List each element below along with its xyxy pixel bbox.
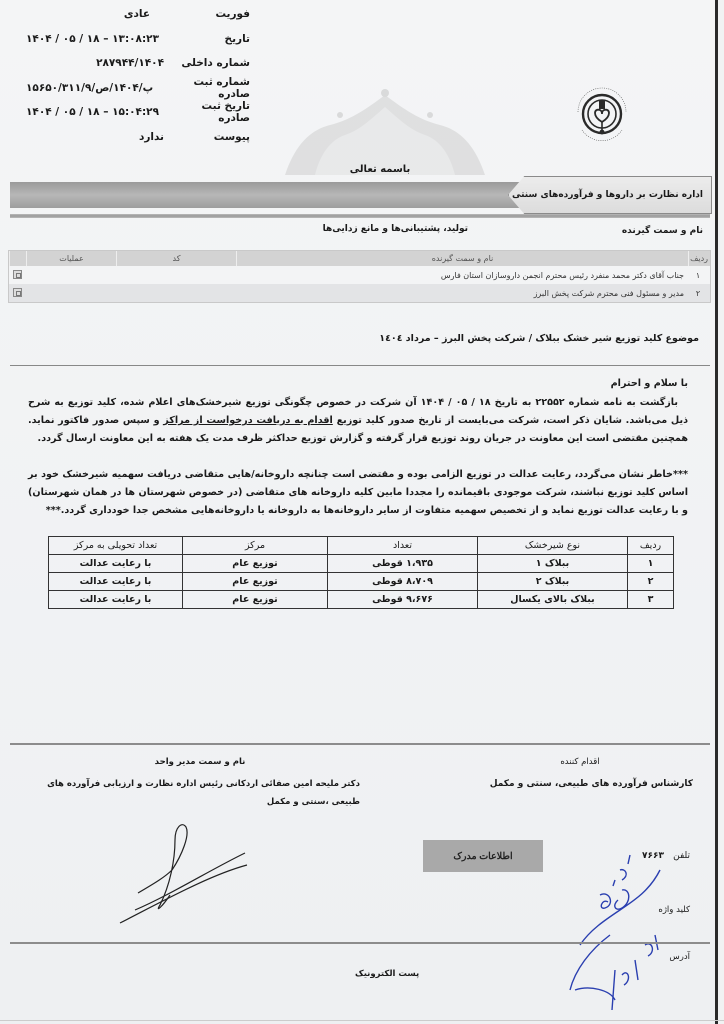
col-header-index: ردیف [688,251,710,266]
table-row: ۳ ببلاک بالای یکسال ۹،۶۷۶ قوطی توزیع عام… [49,591,674,609]
meta-label: فوریت [170,8,250,20]
col-header-center: مرکز [183,537,328,555]
recipients-table: ردیف نام و سمت گیرنده کد عملیات ۱ جناب آ… [8,250,711,303]
meta-label: تاریخ [170,33,250,45]
department-banner: اداره نظارت بر داروها و فرآورده‌های سنتی [508,176,712,214]
manager-value: دکتر ملیحه امین صفائی اردکانی رئیس اداره… [30,775,360,811]
col-header-operations: عملیات [26,251,116,266]
col-header-delivered: تعداد تحویلی به مرکز [49,537,183,555]
row-recipient-name: مدیر و مسئول فنی محترم شرکت پخش البرز [236,289,688,298]
subject-divider [10,365,710,366]
besmeh-heading: باسمه تعالی [330,164,430,175]
phone-field: تلفن ۷۶۶۳ [642,851,690,861]
actor-value: کارشناس فرآورده های طبیعی، سنتی و مکمل [490,779,693,789]
col-header-name: نام و سمت گیرنده [236,251,688,266]
table-row: ۲ مدیر و مسئول فنی محترم شرکت پخش البرز [9,284,710,302]
meta-date: تاریخ ۱۴۰۴ / ۰۵ / ۱۸ – ۱۳:۰۸:۲۳ [20,27,250,52]
body-paragraph-1: بازگشت به نامه شماره ۲۲۵۵۲ به تاریخ ۱۸ /… [28,394,688,448]
meta-label: شماره داخلی [170,57,250,69]
cell-delivered: با رعایت عدالت [49,573,183,591]
meta-value: ۱۴۰۴ / ۰۵ / ۱۸ – ۱۵:۰۴:۲۹ [20,106,170,118]
cell-count: ۸،۷۰۹ قوطی [328,573,478,591]
row-index: ۲ [688,289,710,298]
recipients-table-header: ردیف نام و سمت گیرنده کد عملیات [9,251,710,266]
meta-issued-date: تاریخ ثبت صادره ۱۴۰۴ / ۰۵ / ۱۸ – ۱۵:۰۴:۲… [20,100,250,125]
table-row: ۲ ببلاک ۲ ۸،۷۰۹ قوطی توزیع عام با رعایت … [49,573,674,591]
receiver-label: نام و سمت گیرنده [622,226,703,236]
cell-index: ۲ [628,573,674,591]
meta-label: تاریخ ثبت صادره [170,100,250,124]
meta-label: شماره ثبت صادره [170,76,250,100]
distribution-table: ردیف نوع شیرخشک تعداد مرکز تعداد تحویلی … [48,536,674,609]
row-index: ۱ [688,271,710,280]
col-header-index: ردیف [628,537,674,555]
meta-value: ندارد [20,131,170,143]
banner-divider [10,214,710,218]
letter-body: با سلام و احترام بازگشت به نامه شماره ۲۲… [28,375,688,520]
page-bottom-edge [0,1020,724,1021]
col-header-formula-type: نوع شیرخشک [478,537,628,555]
cell-index: ۱ [628,555,674,573]
cell-count: ۱،۹۳۵ قوطی [328,555,478,573]
col-header-count: تعداد [328,537,478,555]
cell-formula-type: ببلاک ۲ [478,573,628,591]
manager-label: نام و سمت مدیر واحد [130,757,270,767]
meta-value: عادی [20,8,170,20]
greeting: با سلام و احترام [28,375,688,393]
university-logo-icon [570,72,634,144]
row-recipient-name: جناب آقای دکتر محمد منفرد رئیس محترم انج… [236,271,688,280]
footer-divider [10,743,710,745]
document-info-button[interactable]: اطلاعات مدرک [423,840,543,872]
cell-center: توزیع عام [183,591,328,609]
keyword-label: کلید واژه [658,905,690,915]
letter-meta: فوریت عادی تاریخ ۱۴۰۴ / ۰۵ / ۱۸ – ۱۳:۰۸:… [20,2,250,149]
distribution-table-header: ردیف نوع شیرخشک تعداد مرکز تعداد تحویلی … [49,537,674,555]
row-action-cell [9,270,26,281]
meta-value: ۱۵۶۵۰/۳۱۱/۹/پ/۱۴۰۴/ص [20,82,170,94]
meta-attachment: پیوست ندارد [20,125,250,150]
cell-delivered: با رعایت عدالت [49,591,183,609]
cell-formula-type: ببلاک بالای یکسال [478,591,628,609]
body-paragraph-2: ***خاطر نشان می‌گردد، رعایت عدالت در توز… [28,466,688,520]
email-label: پست الکترونیک [355,969,419,979]
para1-underlined: اقدام به دریافت درخواست از مراکز [163,415,333,426]
row-action-icon[interactable] [13,288,22,297]
table-row: ۱ جناب آقای دکتر محمد منفرد رئیس محترم ا… [9,266,710,284]
meta-value: ۱۴۰۴ / ۰۵ / ۱۸ – ۱۳:۰۸:۲۳ [20,33,170,45]
handwritten-note-icon [560,850,680,1020]
phone-label: تلفن [673,851,690,861]
footer-divider-2 [10,942,710,944]
meta-label: پیوست [170,131,250,143]
row-action-icon[interactable] [13,270,22,279]
row-action-cell [9,288,26,299]
manager-signature-icon [110,815,260,925]
receiver-value: تولید، پشتیبانی‌ها و مانع زدایی‌ها [268,224,468,234]
cell-index: ۳ [628,591,674,609]
cell-count: ۹،۶۷۶ قوطی [328,591,478,609]
meta-priority: فوریت عادی [20,2,250,27]
decorative-ornament-icon [270,85,500,175]
address-label: آدرس [669,952,690,962]
actor-label: اقدام کننده [540,757,620,767]
cell-formula-type: ببلاک ۱ [478,555,628,573]
cell-center: توزیع عام [183,573,328,591]
meta-internal-number: شماره داخلی ۲۸۷۹۴۴/۱۴۰۴ [20,51,250,76]
meta-issued-number: شماره ثبت صادره ۱۵۶۵۰/۳۱۱/۹/پ/۱۴۰۴/ص [20,76,250,101]
department-name: اداره نظارت بر داروها و فرآورده‌های سنتی [512,190,703,200]
col-header-code: کد [116,251,236,266]
banner-bar [10,182,530,208]
col-header-spacer [9,251,26,266]
cell-delivered: با رعایت عدالت [49,555,183,573]
table-row: ۱ ببلاک ۱ ۱،۹۳۵ قوطی توزیع عام با رعایت … [49,555,674,573]
meta-value: ۲۸۷۹۴۴/۱۴۰۴ [20,57,170,69]
cell-center: توزیع عام [183,555,328,573]
phone-value: ۷۶۶۳ [642,851,664,861]
letter-page: فوریت عادی تاریخ ۱۴۰۴ / ۰۵ / ۱۸ – ۱۳:۰۸:… [0,0,718,1024]
letter-subject: موضوع کلید توزیع شیر خشک ببلاک / شرکت پخ… [379,333,699,344]
